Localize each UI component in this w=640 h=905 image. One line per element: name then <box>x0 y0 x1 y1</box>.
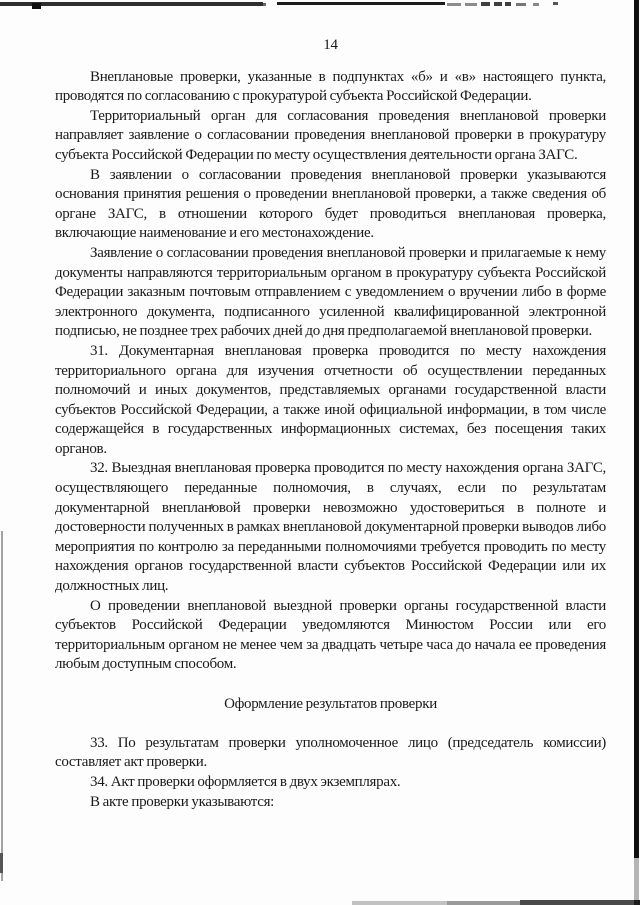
scan-artifact-bottom-band <box>352 901 447 905</box>
section-heading: Оформление результатов проверки <box>55 695 606 715</box>
scan-artifact-top-dot <box>263 3 266 6</box>
paragraph: Внеплановые проверки, указанные в подпун… <box>55 68 606 107</box>
scan-artifact-top-dash <box>465 3 477 6</box>
scan-artifact-right-bar-light <box>634 858 639 905</box>
scan-artifact-top-dash <box>494 2 502 6</box>
scan-artifact-left-line <box>1 531 3 881</box>
scan-artifact-bottom-band <box>634 900 640 905</box>
scan-artifact-left-mark <box>0 853 3 873</box>
paragraph: Заявление о согласовании проведения внеп… <box>55 244 606 342</box>
paragraph: 34. Акт проверки оформляется в двух экзе… <box>55 773 606 793</box>
scan-artifact-top-dash <box>516 3 526 6</box>
scan-artifact-right-bar <box>634 0 639 858</box>
scan-artifact-top-dash <box>447 3 461 6</box>
paragraph: 32. Выездная внеплановая проверка провод… <box>55 459 606 596</box>
paragraph: 31. Документарная внеплановая проверка п… <box>55 342 606 460</box>
page-number: 14 <box>55 36 606 56</box>
paragraph: В заявлении о согласовании проведения вн… <box>55 166 606 244</box>
document-body: Внеплановые проверки, указанные в подпун… <box>55 68 606 813</box>
scan-artifact-top-dash <box>481 2 490 6</box>
scan-artifact-bottom-band <box>447 901 520 905</box>
scan-artifact-top-dash <box>553 2 558 5</box>
paragraph: О проведении внеплановой выездной провер… <box>55 597 606 675</box>
page-content: 14 Внеплановые проверки, указанные в под… <box>55 36 606 812</box>
scan-artifact-top-band <box>277 2 445 5</box>
scan-artifact-top-dash <box>533 3 539 6</box>
scan-artifact-top-dash <box>505 2 511 6</box>
scan-artifact-bottom-band <box>520 900 634 905</box>
paragraph: Территориальный орган для согласования п… <box>55 107 606 166</box>
paragraph: В акте проверки указываются: <box>55 793 606 813</box>
scan-artifact-top-blob <box>32 3 41 9</box>
scanned-document-page: 14 Внеплановые проверки, указанные в под… <box>0 0 640 905</box>
paragraph: 33. По результатам проверки уполномоченн… <box>55 734 606 773</box>
